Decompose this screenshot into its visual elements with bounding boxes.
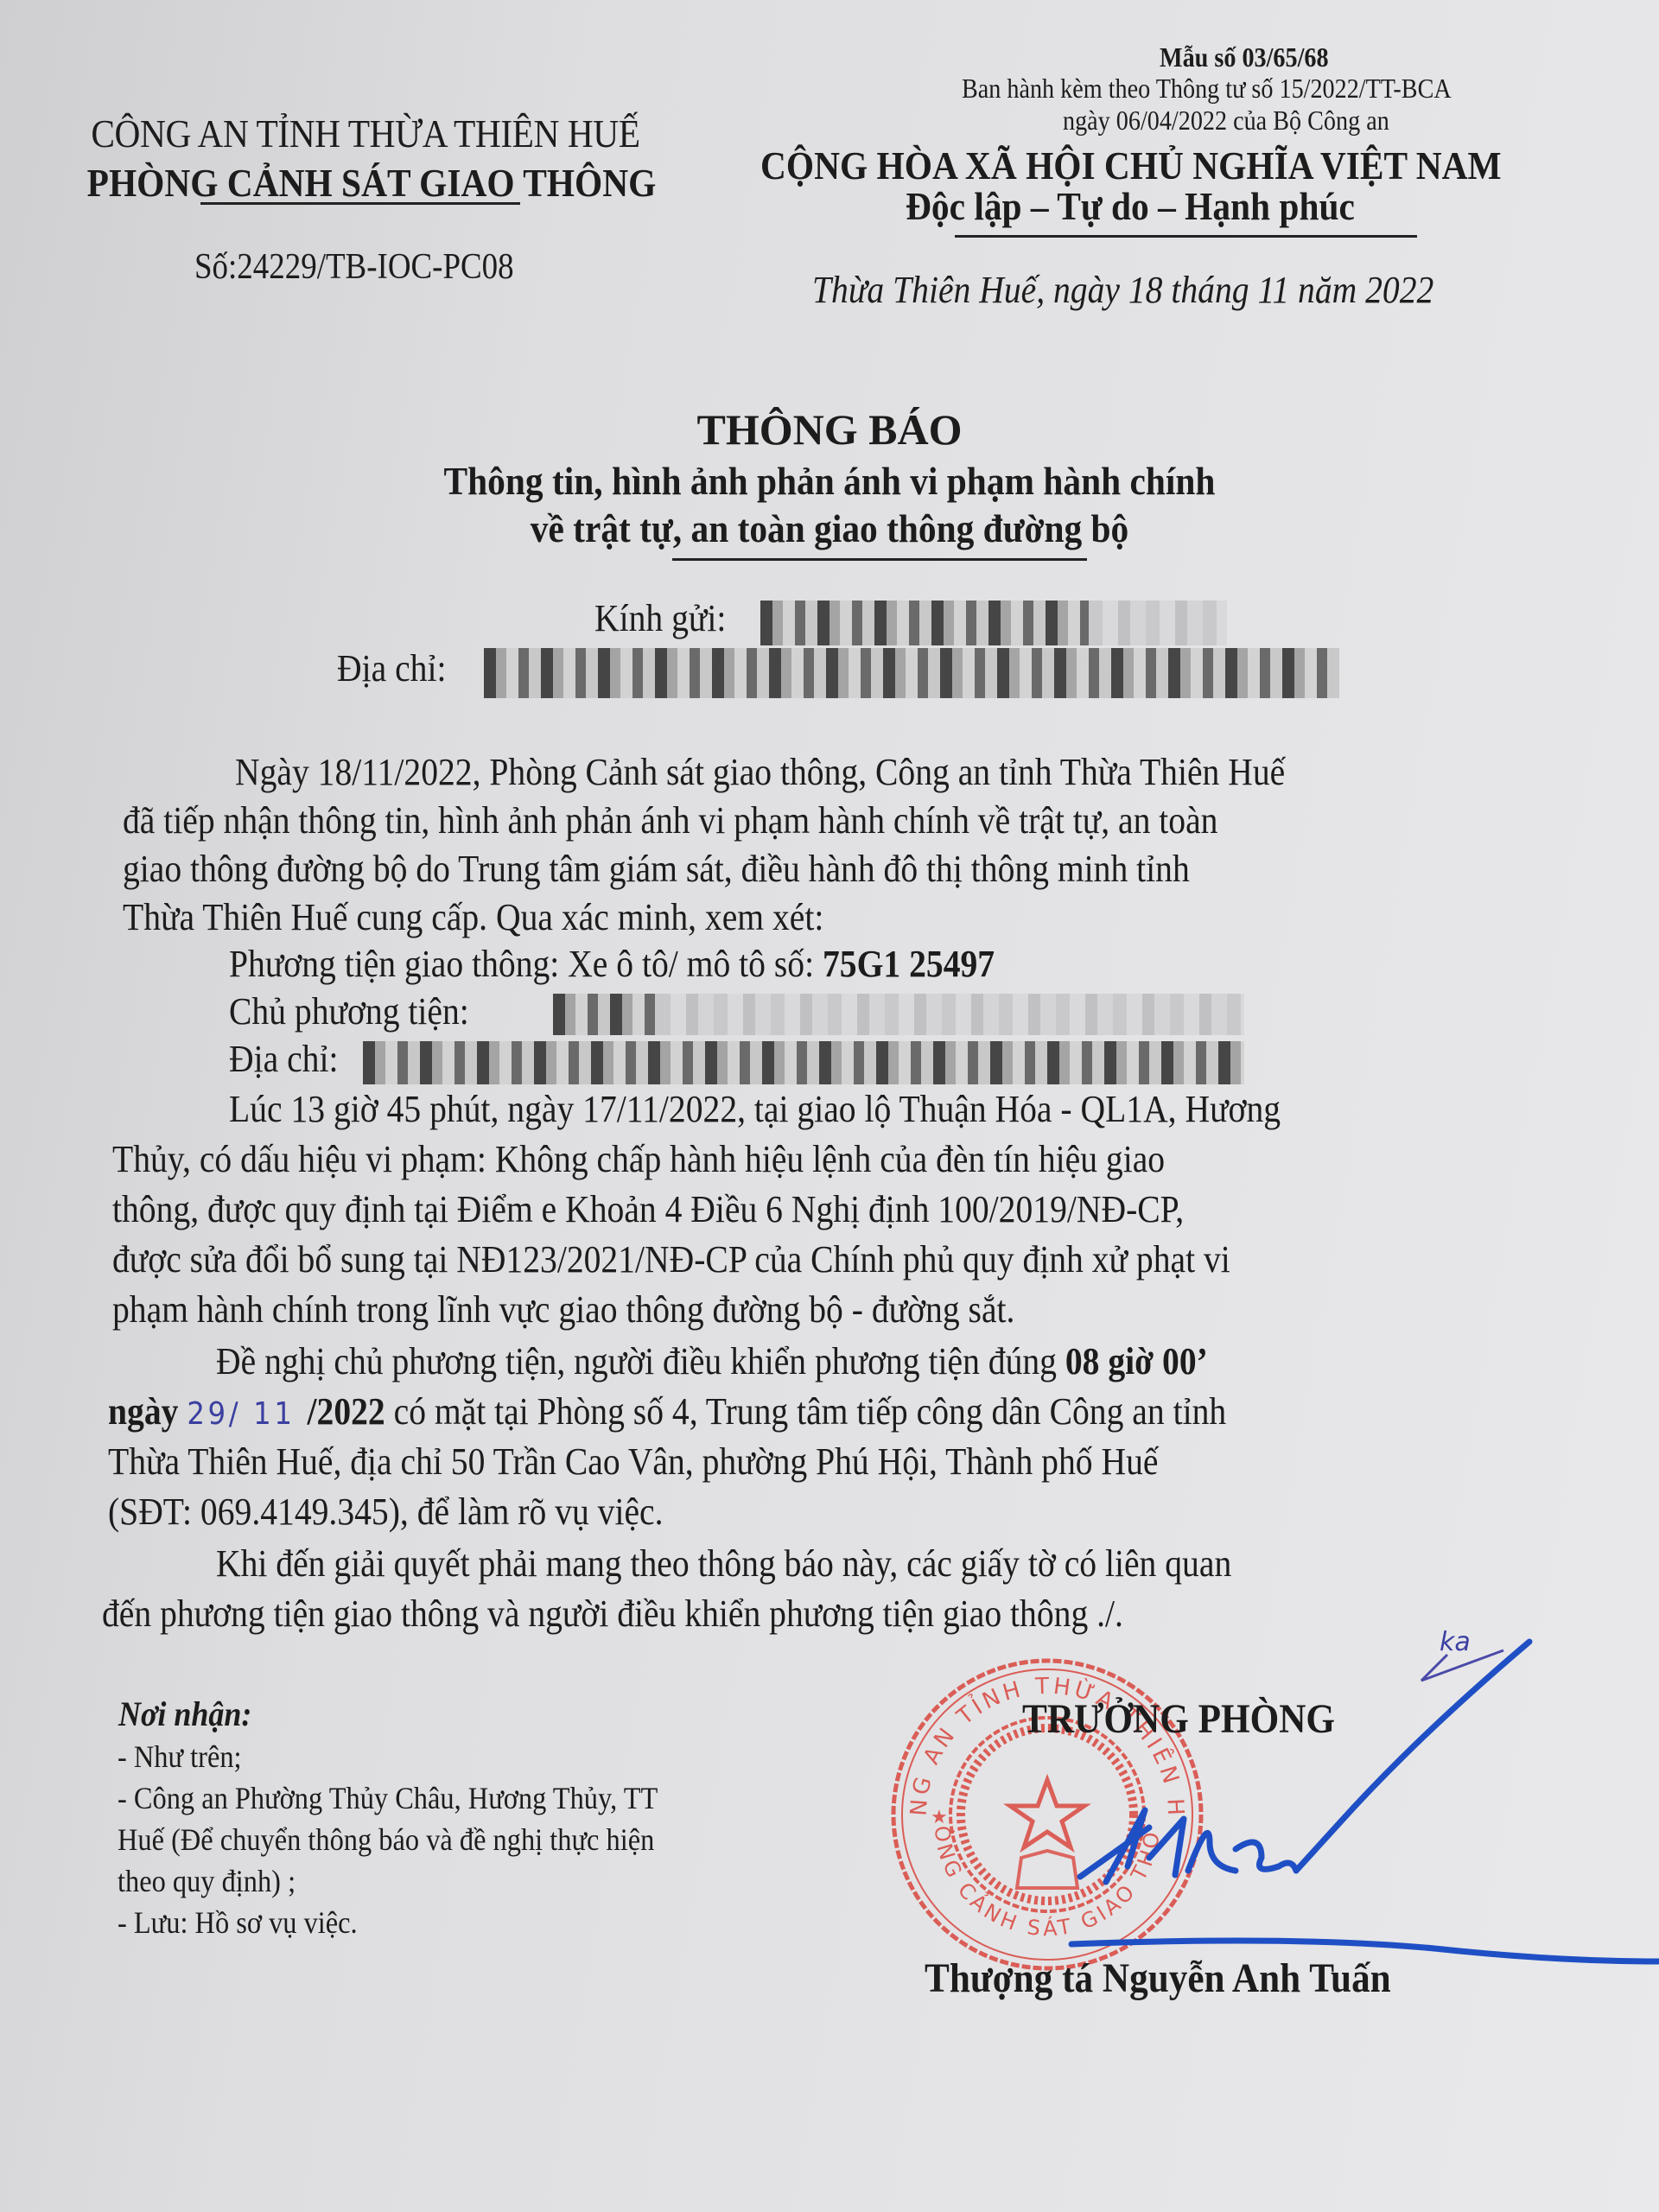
form-number: Mẫu số 03/65/68 [1160,41,1329,73]
recipient-item: theo quy định) ; [118,1863,296,1899]
body-p2-line-4: được sửa đổi bổ sung tại NĐ123/2021/NĐ-C… [112,1237,1230,1281]
body-p2-line-1: Lúc 13 giờ 45 phút, ngày 17/11/2022, tại… [229,1087,1281,1131]
body-p1-line-1: Ngày 18/11/2022, Phòng Cảnh sát giao thô… [235,750,1285,794]
owner-address-label: Địa chỉ: [229,1037,338,1081]
vehicle-line: Phương tiện giao thông: Xe ô tô/ mô tô s… [229,942,995,986]
issued-by-line-1: Ban hành kèm theo Thông tư số 15/2022/TT… [962,73,1452,105]
addressee-address-redacted [484,648,1339,698]
motto-underline [955,235,1417,238]
recipients-heading: Nơi nhận: [118,1694,251,1734]
body-p1-line-4: Thừa Thiên Huế cung cấp. Qua xác minh, x… [123,895,823,939]
addressee-label: Kính gửi: [594,596,726,640]
issuing-agency: CÔNG AN TỈNH THỪA THIÊN HUẾ [78,111,653,156]
document-page: CÔNG AN TỈNH THỪA THIÊN HUẾ PHÒNG CẢNH S… [0,0,1659,2212]
body-p2-line-2: Thủy, có dấu hiệu vi phạm: Không chấp hà… [112,1137,1165,1181]
recipient-item: Huế (Để chuyển thông báo và đề nghị thực… [118,1821,654,1858]
vehicle-plate: 75G1 25497 [823,943,995,985]
document-subtitle-1: Thông tin, hình ảnh phản ánh vi phạm hàn… [83,458,1576,504]
handwritten-appointment-date: 29/ 11 [187,1396,307,1432]
body-p2-line-3: thông, được quy định tại Điểm e Khoản 4 … [112,1187,1184,1231]
document-number: Số:24229/TB-IOC-PC08 [194,246,514,288]
appointment-location-text: có mặt tại Phòng số 4, Trung tâm tiếp cô… [385,1390,1226,1433]
appointment-request-text: Đề nghị chủ phương tiện, người điều khiể… [216,1340,1065,1382]
place-and-date: Thừa Thiên Huế, ngày 18 tháng 11 năm 202… [812,268,1433,312]
vehicle-label: Phương tiện giao thông: Xe ô tô/ mô tô s… [229,943,823,985]
addressee-redacted [760,601,1089,645]
appointment-day-label: ngày [108,1390,187,1433]
body-p3-line-2: ngày 29/ 11 /2022 có mặt tại Phòng số 4,… [108,1389,1226,1433]
document-title: THÔNG BÁO [0,404,1659,454]
body-p3-line-3: Thừa Thiên Huế, địa chỉ 50 Trần Cao Vân,… [108,1440,1158,1484]
handwritten-signature-icon: ka [950,1607,1659,2005]
issuing-department: PHÒNG CẢNH SÁT GIAO THÔNG [76,160,667,206]
appointment-time: 08 giờ 00’ [1065,1340,1208,1382]
owner-label: Chủ phương tiện: [229,989,469,1033]
body-p1-line-3: giao thông đường bộ do Trung tâm giám sá… [123,847,1190,891]
appointment-year: /2022 [308,1390,385,1433]
national-motto: Độc lập – Tự do – Hạnh phúc [906,183,1355,229]
document-subtitle-2: về trật tự, an toàn giao thông đường bộ [83,505,1576,551]
svg-text:★: ★ [931,1806,948,1827]
title-underline [672,558,1087,561]
national-title: CỘNG HÒA XÃ HỘI CHỦ NGHĨA VIỆT NAM [760,143,1502,188]
body-p4-line-1: Khi đến giải quyết phải mang theo thông … [216,1541,1231,1586]
issued-by-line-2: ngày 06/04/2022 của Bộ Công an [1063,105,1389,137]
body-p3-line-1: Đề nghị chủ phương tiện, người điều khiể… [216,1339,1208,1383]
recipient-item: - Công an Phường Thủy Châu, Hương Thủy, … [118,1780,658,1816]
department-underline [200,202,520,205]
addressee-address-label: Địa chỉ: [337,646,446,690]
body-p1-line-2: đã tiếp nhận thông tin, hình ảnh phản án… [123,798,1217,842]
recipient-item: - Như trên; [118,1738,242,1775]
body-p3-line-4: (SĐT: 069.4149.345), để làm rõ vụ việc. [108,1490,664,1534]
svg-text:ka: ka [1440,1627,1471,1657]
addressee-redacted-tail [1089,601,1227,645]
owner-redacted [553,994,657,1035]
body-p2-line-5: phạm hành chính trong lĩnh vực giao thôn… [112,1287,1014,1332]
recipient-item: - Lưu: Hồ sơ vụ việc. [118,1904,358,1941]
owner-address-redacted [363,1041,1244,1084]
owner-redacted-tail [657,994,1244,1035]
